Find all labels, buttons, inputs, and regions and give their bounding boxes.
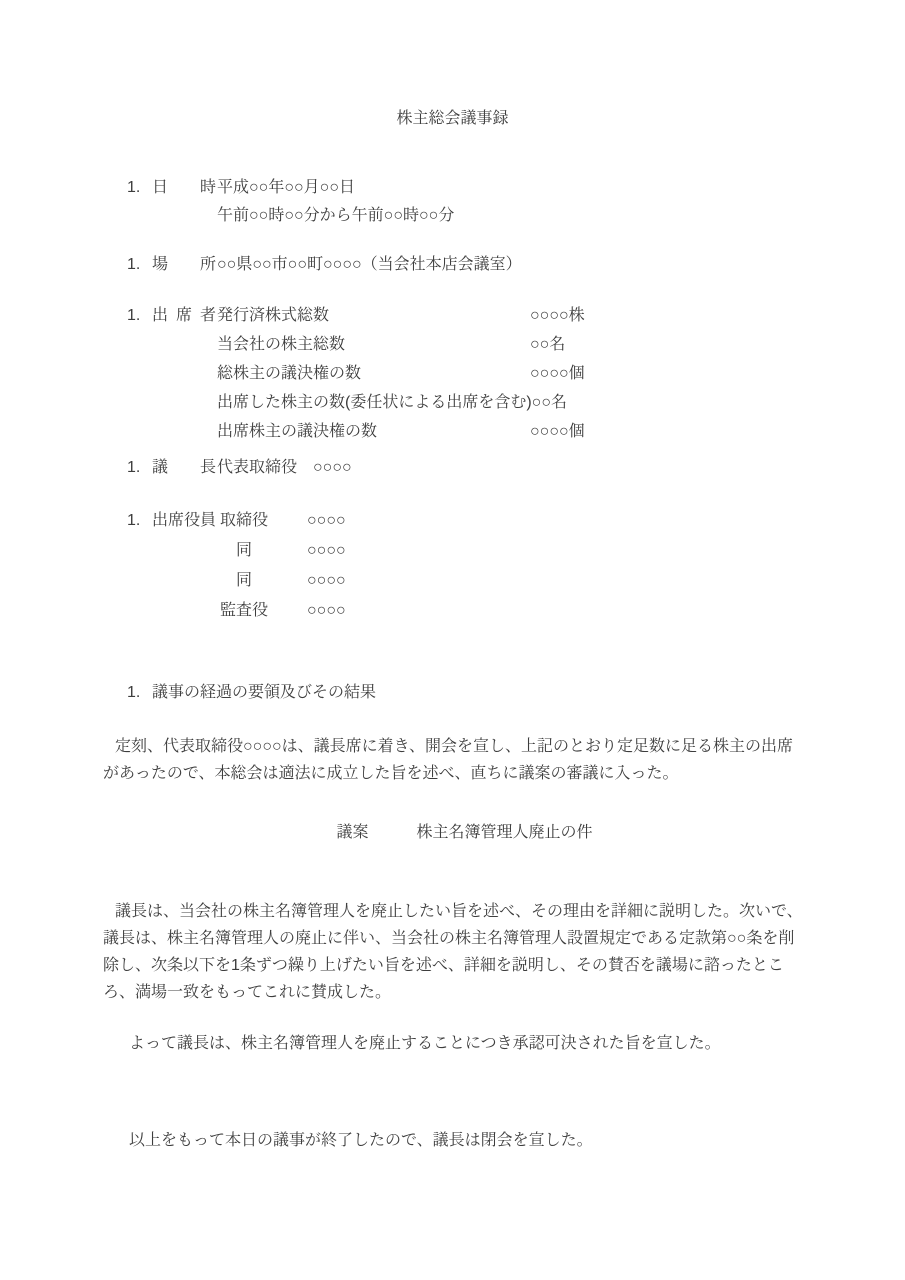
- item-number: 1.: [127, 506, 152, 536]
- officer-row: 同○○○○: [217, 566, 346, 596]
- paragraph-resolution: よって議長は、株主名簿管理人を廃止することにつき承認可決された旨を宣した。: [103, 1030, 803, 1057]
- page-title: 株主総会議事録: [0, 108, 905, 130]
- proceedings-heading: 議事の経過の要領及びその結果: [152, 684, 376, 701]
- attendee-stat-value: ○○名: [530, 330, 565, 359]
- attendee-stat-name: 総株主の議決権の数: [217, 359, 530, 388]
- item-number: 1.: [127, 174, 152, 202]
- attendee-stat-name: 出席した株主の数(委任状による出席を含む): [217, 388, 532, 417]
- datetime-label: 日時: [152, 174, 216, 202]
- datetime-line-2: 午前○○時○○分から午前○○時○○分: [217, 202, 454, 230]
- attendees-row: 発行済株式総数○○○○株: [217, 301, 585, 330]
- section-place: 1.場所○○県○○市○○町○○○○（当会社本店会議室）: [127, 251, 522, 279]
- attendee-stat-name: 出席株主の議決権の数: [217, 417, 530, 446]
- section-chairman: 1.議長代表取締役 ○○○○: [127, 454, 352, 482]
- section-officers: 1.出席役員 取締役○○○○ 同○○○○ 同○○○○ 監査役○○○○: [127, 506, 346, 626]
- officers-table: 取締役○○○○ 同○○○○ 同○○○○ 監査役○○○○: [217, 506, 346, 626]
- officers-label: 出席役員: [152, 506, 216, 536]
- paragraph-closing: 以上をもって本日の議事が終了したので、議長は閉会を宣した。: [103, 1127, 803, 1154]
- section-attendees: 1.出席者 発行済株式総数○○○○株 当会社の株主総数○○名 総株主の議決権の数…: [127, 301, 585, 446]
- chairman-label: 議長: [152, 454, 216, 482]
- place-text: ○○県○○市○○町○○○○（当会社本店会議室）: [217, 251, 522, 279]
- attendees-row: 当会社の株主総数○○名: [217, 330, 585, 359]
- attendees-row: 出席株主の議決権の数○○○○個: [217, 417, 585, 446]
- officer-name: ○○○○: [307, 536, 346, 566]
- officer-row: 同○○○○: [217, 536, 346, 566]
- attendees-table: 発行済株式総数○○○○株 当会社の株主総数○○名 総株主の議決権の数○○○○個 …: [217, 301, 585, 446]
- agenda-title: 株主名簿管理人廃止の件: [417, 824, 593, 841]
- item-number: 1.: [127, 301, 152, 330]
- officer-role: 取締役: [217, 506, 271, 536]
- chairman-text: 代表取締役 ○○○○: [217, 454, 352, 482]
- item-number: 1.: [127, 679, 152, 707]
- section-datetime: 1.日時 平成○○年○○月○○日 午前○○時○○分から午前○○時○○分: [127, 174, 454, 230]
- item-number: 1.: [127, 251, 152, 279]
- officer-role: 同: [217, 536, 271, 566]
- attendees-label: 出席者: [152, 301, 216, 330]
- attendees-row: 総株主の議決権の数○○○○個: [217, 359, 585, 388]
- place-label: 場所: [152, 251, 216, 279]
- officer-role: 監査役: [217, 596, 271, 626]
- paragraph-opening: 定刻、代表取締役○○○○は、議長席に着き、開会を宣し、上記のとおり定足数に足る株…: [103, 733, 803, 787]
- attendee-stat-name: 発行済株式総数: [217, 301, 530, 330]
- attendee-stat-value: ○○名: [532, 388, 567, 417]
- datetime-content: 平成○○年○○月○○日 午前○○時○○分から午前○○時○○分: [217, 174, 454, 230]
- officer-name: ○○○○: [307, 506, 346, 536]
- attendee-stat-name: 当会社の株主総数: [217, 330, 530, 359]
- agenda-label: 議案: [336, 824, 368, 841]
- attendee-stat-value: ○○○○個: [530, 359, 585, 388]
- attendees-row: 出席した株主の数(委任状による出席を含む)○○名: [217, 388, 585, 417]
- officer-row: 取締役○○○○: [217, 506, 346, 536]
- officer-name: ○○○○: [307, 566, 346, 596]
- paragraph-deliberation: 議長は、当会社の株主名簿管理人を廃止したい旨を述べ、その理由を詳細に説明した。次…: [103, 898, 803, 1006]
- attendee-stat-value: ○○○○株: [530, 301, 585, 330]
- officer-row: 監査役○○○○: [217, 596, 346, 626]
- officer-name: ○○○○: [307, 596, 346, 626]
- attendee-stat-value: ○○○○個: [530, 417, 585, 446]
- section-proceedings-heading: 1.議事の経過の要領及びその結果: [127, 679, 376, 707]
- officer-role: 同: [217, 566, 271, 596]
- datetime-line-1: 平成○○年○○月○○日: [217, 174, 454, 202]
- agenda-line: 議案株主名簿管理人廃止の件: [12, 822, 905, 844]
- item-number: 1.: [127, 454, 152, 482]
- document-page: { "colors": { "background": "#ffffff", "…: [0, 0, 905, 1280]
